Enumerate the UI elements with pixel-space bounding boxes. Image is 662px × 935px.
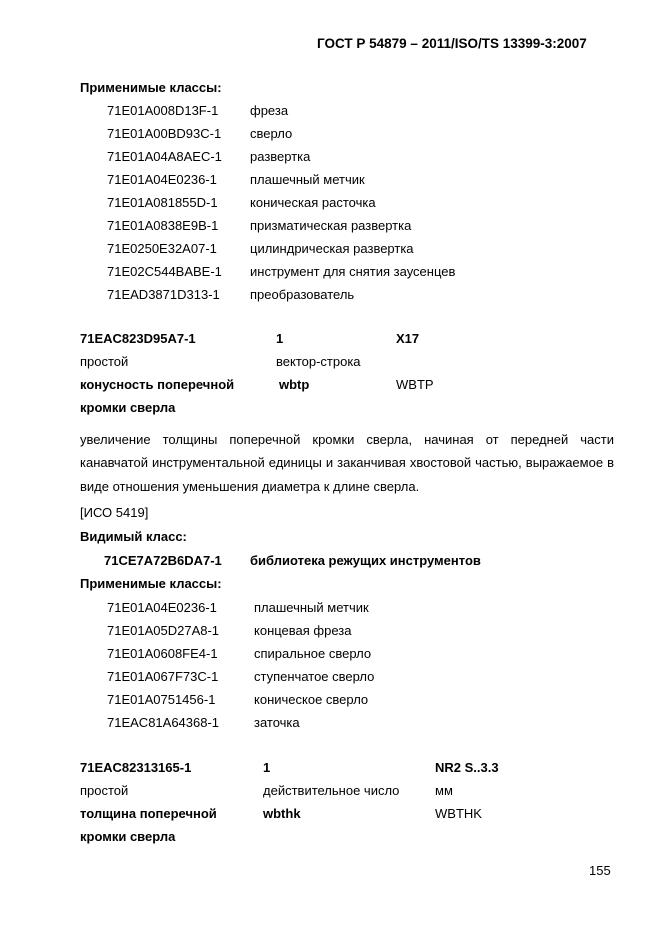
class-code: 71E01A0838E9B-1 [107,218,218,234]
class-code: 71E0250E32A07-1 [107,241,217,257]
entry-symbol-upper: WBTP [396,377,434,393]
class-name: ступенчатое сверло [254,669,374,685]
class-name: плашечный метчик [250,172,365,188]
class-name: призматическая развертка [250,218,411,234]
class-name: плашечный метчик [254,600,369,616]
entry-format: NR2 S..3.3 [435,760,499,776]
entry-symbol: wbtp [279,377,309,393]
entry-code: 71EAC82313165-1 [80,760,191,776]
entry-name-line2: кромки сверла [80,829,175,845]
class-name: коническая расточка [250,195,376,211]
class-code: 71E01A00BD93C-1 [107,126,221,142]
class-name: инструмент для снятия заусенцев [250,264,455,280]
class-name: спиральное сверло [254,646,371,662]
entry-symbol: wbthk [263,806,301,822]
entry-type: простой [80,783,128,799]
entry-code: 71EAC823D95A7-1 [80,331,196,347]
class-code: 71EAD3871D313-1 [107,287,220,303]
entry-format: X17 [396,331,419,347]
entry-name-line1: толщина поперечной [80,806,217,822]
class-name: концевая фреза [254,623,351,639]
entry-unit: мм [435,783,453,799]
class-name: преобразователь [250,287,354,303]
class-name: фреза [250,103,288,119]
entry-type: простой [80,354,128,370]
class-name: цилиндрическая развертка [250,241,414,257]
page-number: 155 [589,863,611,879]
class-code: 71E01A05D27A8-1 [107,623,219,639]
entry-name-line1: конусность поперечной [80,377,234,393]
entry-name-line2: кромки сверла [80,400,175,416]
class-code: 71E01A04E0236-1 [107,172,217,188]
class-code: 71EAC81A64368-1 [107,715,219,731]
visible-class-name: библиотека режущих инструментов [250,553,481,569]
entry-source: [ИСО 5419] [80,505,148,521]
class-code: 71E01A008D13F-1 [107,103,218,119]
class-code: 71E01A04E0236-1 [107,600,217,616]
applicable-classes-label: Применимые классы: [80,80,222,96]
class-code: 71E02C544BABE-1 [107,264,222,280]
class-code: 71E01A067F73C-1 [107,669,218,685]
entry-version: 1 [263,760,270,776]
visible-class-code: 71CE7A72B6DA7-1 [104,553,222,569]
class-name: коническое сверло [254,692,368,708]
class-code: 71E01A0608FE4-1 [107,646,218,662]
entry-datatype: вектор-строка [276,354,361,370]
entry-datatype: действительное число [263,783,399,799]
entry-symbol-upper: WBTHK [435,806,482,822]
class-name: заточка [254,715,300,731]
class-code: 71E01A0751456-1 [107,692,215,708]
class-name: сверло [250,126,292,142]
class-name: развертка [250,149,310,165]
entry-version: 1 [276,331,283,347]
document-header: ГОСТ Р 54879 – 2011/ISO/TS 13399-3:2007 [317,36,587,52]
class-code: 71E01A04A8AEC-1 [107,149,222,165]
visible-class-label: Видимый класс: [80,529,187,545]
class-code: 71E01A081855D-1 [107,195,218,211]
entry-definition: увеличение толщины поперечной кромки све… [80,428,614,498]
applicable-classes-label: Применимые классы: [80,576,222,592]
